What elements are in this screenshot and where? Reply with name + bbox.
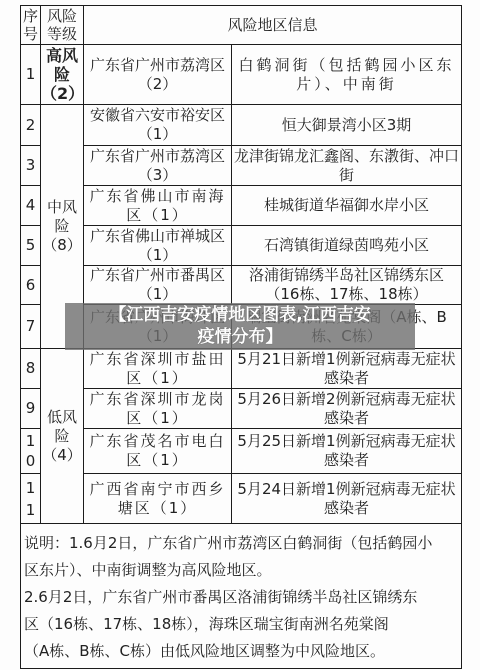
- header-level-line2: 等级: [41, 25, 83, 43]
- area-line2: （3）: [84, 166, 231, 185]
- row-area: 安徽省六安市裕安区 （1）: [84, 105, 232, 146]
- row-area: 广东省深圳市盐田 区（1）: [84, 349, 232, 389]
- row-info: 石湾镇街道绿茵鸣苑小区: [232, 226, 462, 266]
- row-no: 1 0: [21, 429, 41, 474]
- row-no: 3: [21, 146, 41, 186]
- row-info: 桂城街道华福御水岸小区: [232, 186, 462, 226]
- area-line1: 广东省深圳市龙岗: [84, 390, 231, 409]
- row-info: 洛浦街锦绣半岛社区锦绣东区（16栋、17栋、18栋）: [232, 266, 462, 305]
- page: 序 号 风险 等级 风险地区信息 1 高风 险 （2） 广东省广州市荔湾区: [0, 0, 480, 670]
- row-no: 4: [21, 186, 41, 226]
- caption-line2: 疫情分布】: [80, 326, 400, 348]
- row-area: 广东省茂名市电白 区（1）: [84, 429, 232, 474]
- level-high-line2: 险: [41, 65, 83, 84]
- table-row: 6 广东省广州市番禺区 （1） 洛浦街锦绣半岛社区锦绣东区（16栋、17栋、18…: [21, 266, 462, 305]
- table-row: 1 高风 险 （2） 广东省广州市荔湾区 （2） 白鹤洞街（包括鹤园小区东片）、…: [21, 45, 462, 105]
- row-info: 5月21日新增1例新冠病毒无症状感染者: [232, 349, 462, 389]
- row-no: 8: [21, 349, 41, 389]
- note-cell: 说明：1.6月2日，广东省广州市荔湾区白鹤洞街（包括鹤园小 区东片）、中南街调整…: [21, 524, 462, 669]
- header-info: 风险地区信息: [84, 6, 462, 45]
- row-no: 6: [21, 266, 41, 305]
- area-line2: 区（1）: [84, 451, 231, 470]
- note-line-4: 区（16栋、17栋、18栋），海珠区瑞宝街南洲名苑棠阁: [24, 611, 458, 638]
- area-line2: （1）: [84, 285, 231, 304]
- level-medium-line2: 险: [41, 217, 83, 236]
- area-line2: （1）: [84, 125, 231, 144]
- header-no-line1: 序: [21, 7, 40, 25]
- level-medium-line1: 中风: [41, 198, 83, 217]
- area-line1: 广东省广州市荔湾区: [84, 147, 231, 166]
- row-no: 1: [21, 45, 41, 105]
- caption-overlay-title: 【江西吉安疫情地区图表,江西吉安 疫情分布】: [80, 304, 400, 348]
- table-row: 1 0 广东省茂名市电白 区（1） 5月25日新增1例新冠病毒无症状感染者: [21, 429, 462, 474]
- row-info: 5月26日新增2例新冠病毒无症状感染者: [232, 389, 462, 429]
- area-line1: 广东省茂名市电白: [84, 432, 231, 451]
- level-low-line1: 低风: [41, 408, 83, 427]
- row-area: 广东省广州市番禺区 （1）: [84, 266, 232, 305]
- area-line2: （2）: [84, 75, 231, 94]
- row-info: 白鹤洞街（包括鹤园小区东片）、中南街: [232, 45, 462, 105]
- level-medium-line3: （8）: [41, 236, 83, 255]
- area-line1: 广东省佛山市禅城区: [84, 227, 231, 246]
- area-line2: 区（1）: [84, 206, 231, 225]
- note-row: 说明：1.6月2日，广东省广州市荔湾区白鹤洞街（包括鹤园小 区东片）、中南街调整…: [21, 524, 462, 669]
- table-row: 1 1 广西省南宁市西乡 塘区（1） 5月24日新增1例新冠病毒无症状感染者: [21, 474, 462, 524]
- area-line1: 广东省佛山市南海: [84, 187, 231, 206]
- area-line1: 安徽省六安市裕安区: [84, 106, 231, 125]
- row-info: 恒大御景湾小区3期: [232, 105, 462, 146]
- caption-line1: 【江西吉安疫情地区图表,江西吉安: [80, 304, 400, 326]
- table-row: 2 中风 险 （8） 安徽省六安市裕安区 （1） 恒大御景湾小区3期: [21, 105, 462, 146]
- area-line1: 广西省南宁市西乡: [84, 480, 231, 499]
- level-low-line3: （4）: [41, 446, 83, 465]
- table-row: 3 广东省广州市荔湾区 （3） 龙津街锦龙汇鑫阁、东漖街、冲口街: [21, 146, 462, 186]
- row-no-line1: 1: [21, 431, 40, 451]
- row-no-line2: 1: [21, 499, 40, 521]
- note-line-1: 说明：1.6月2日，广东省广州市荔湾区白鹤洞街（包括鹤园小: [24, 530, 458, 557]
- row-area: 广东省广州市荔湾区 （2）: [84, 45, 232, 105]
- row-area: 广东省佛山市南海 区（1）: [84, 186, 232, 226]
- row-info: 龙津街锦龙汇鑫阁、东漖街、冲口街: [232, 146, 462, 186]
- row-no: 7: [21, 305, 41, 349]
- table-header-row: 序 号 风险 等级 风险地区信息: [21, 6, 462, 45]
- header-no-line2: 号: [21, 25, 40, 43]
- level-low-line2: 险: [41, 427, 83, 446]
- row-no: 2: [21, 105, 41, 146]
- row-no: 1 1: [21, 474, 41, 524]
- table-row: 4 广东省佛山市南海 区（1） 桂城街道华福御水岸小区: [21, 186, 462, 226]
- row-area: 广东省广州市荔湾区 （3）: [84, 146, 232, 186]
- table-row: 8 低风 险 （4） 广东省深圳市盐田 区（1） 5月21日新增1例新冠病毒无症…: [21, 349, 462, 389]
- row-info: 5月25日新增1例新冠病毒无症状感染者: [232, 429, 462, 474]
- table-row: 9 广东省深圳市龙岗 区（1） 5月26日新增2例新冠病毒无症状感染者: [21, 389, 462, 429]
- area-line1: 广东省广州市番禺区: [84, 266, 231, 285]
- row-no-line1: 1: [21, 477, 40, 499]
- row-info: 5月24日新增1例新冠病毒无症状感染者: [232, 474, 462, 524]
- header-level: 风险 等级: [41, 6, 84, 45]
- level-high: 高风 险 （2）: [41, 45, 84, 105]
- note-line-3: 2.6月2日，广东省广州市番禺区洛浦街锦绣半岛社区锦绣东: [24, 584, 458, 611]
- area-line2: 塘区（1）: [84, 499, 231, 518]
- level-high-line1: 高风: [41, 46, 83, 65]
- area-line2: 区（1）: [84, 409, 231, 428]
- table-row: 5 广东省佛山市禅城区 （1） 石湾镇街道绿茵鸣苑小区: [21, 226, 462, 266]
- row-no: 9: [21, 389, 41, 429]
- row-area: 广东省佛山市禅城区 （1）: [84, 226, 232, 266]
- level-high-line3: （2）: [41, 84, 83, 103]
- header-no: 序 号: [21, 6, 41, 45]
- row-no: 5: [21, 226, 41, 266]
- level-low: 低风 险 （4）: [41, 349, 84, 524]
- header-level-line1: 风险: [41, 7, 83, 25]
- row-area: 广西省南宁市西乡 塘区（1）: [84, 474, 232, 524]
- row-area: 广东省深圳市龙岗 区（1）: [84, 389, 232, 429]
- note-line-5: （A栋、B栋、C栋）由低风险地区调整为中风险地区。: [24, 638, 458, 665]
- note-line-2: 区东片）、中南街调整为高风险地区。: [24, 557, 458, 584]
- area-line2: 区（1）: [84, 369, 231, 388]
- area-line1: 广东省深圳市盐田: [84, 350, 231, 369]
- area-line1: 广东省广州市荔湾区: [84, 56, 231, 75]
- row-no-line2: 0: [21, 451, 40, 471]
- area-line2: （1）: [84, 246, 231, 265]
